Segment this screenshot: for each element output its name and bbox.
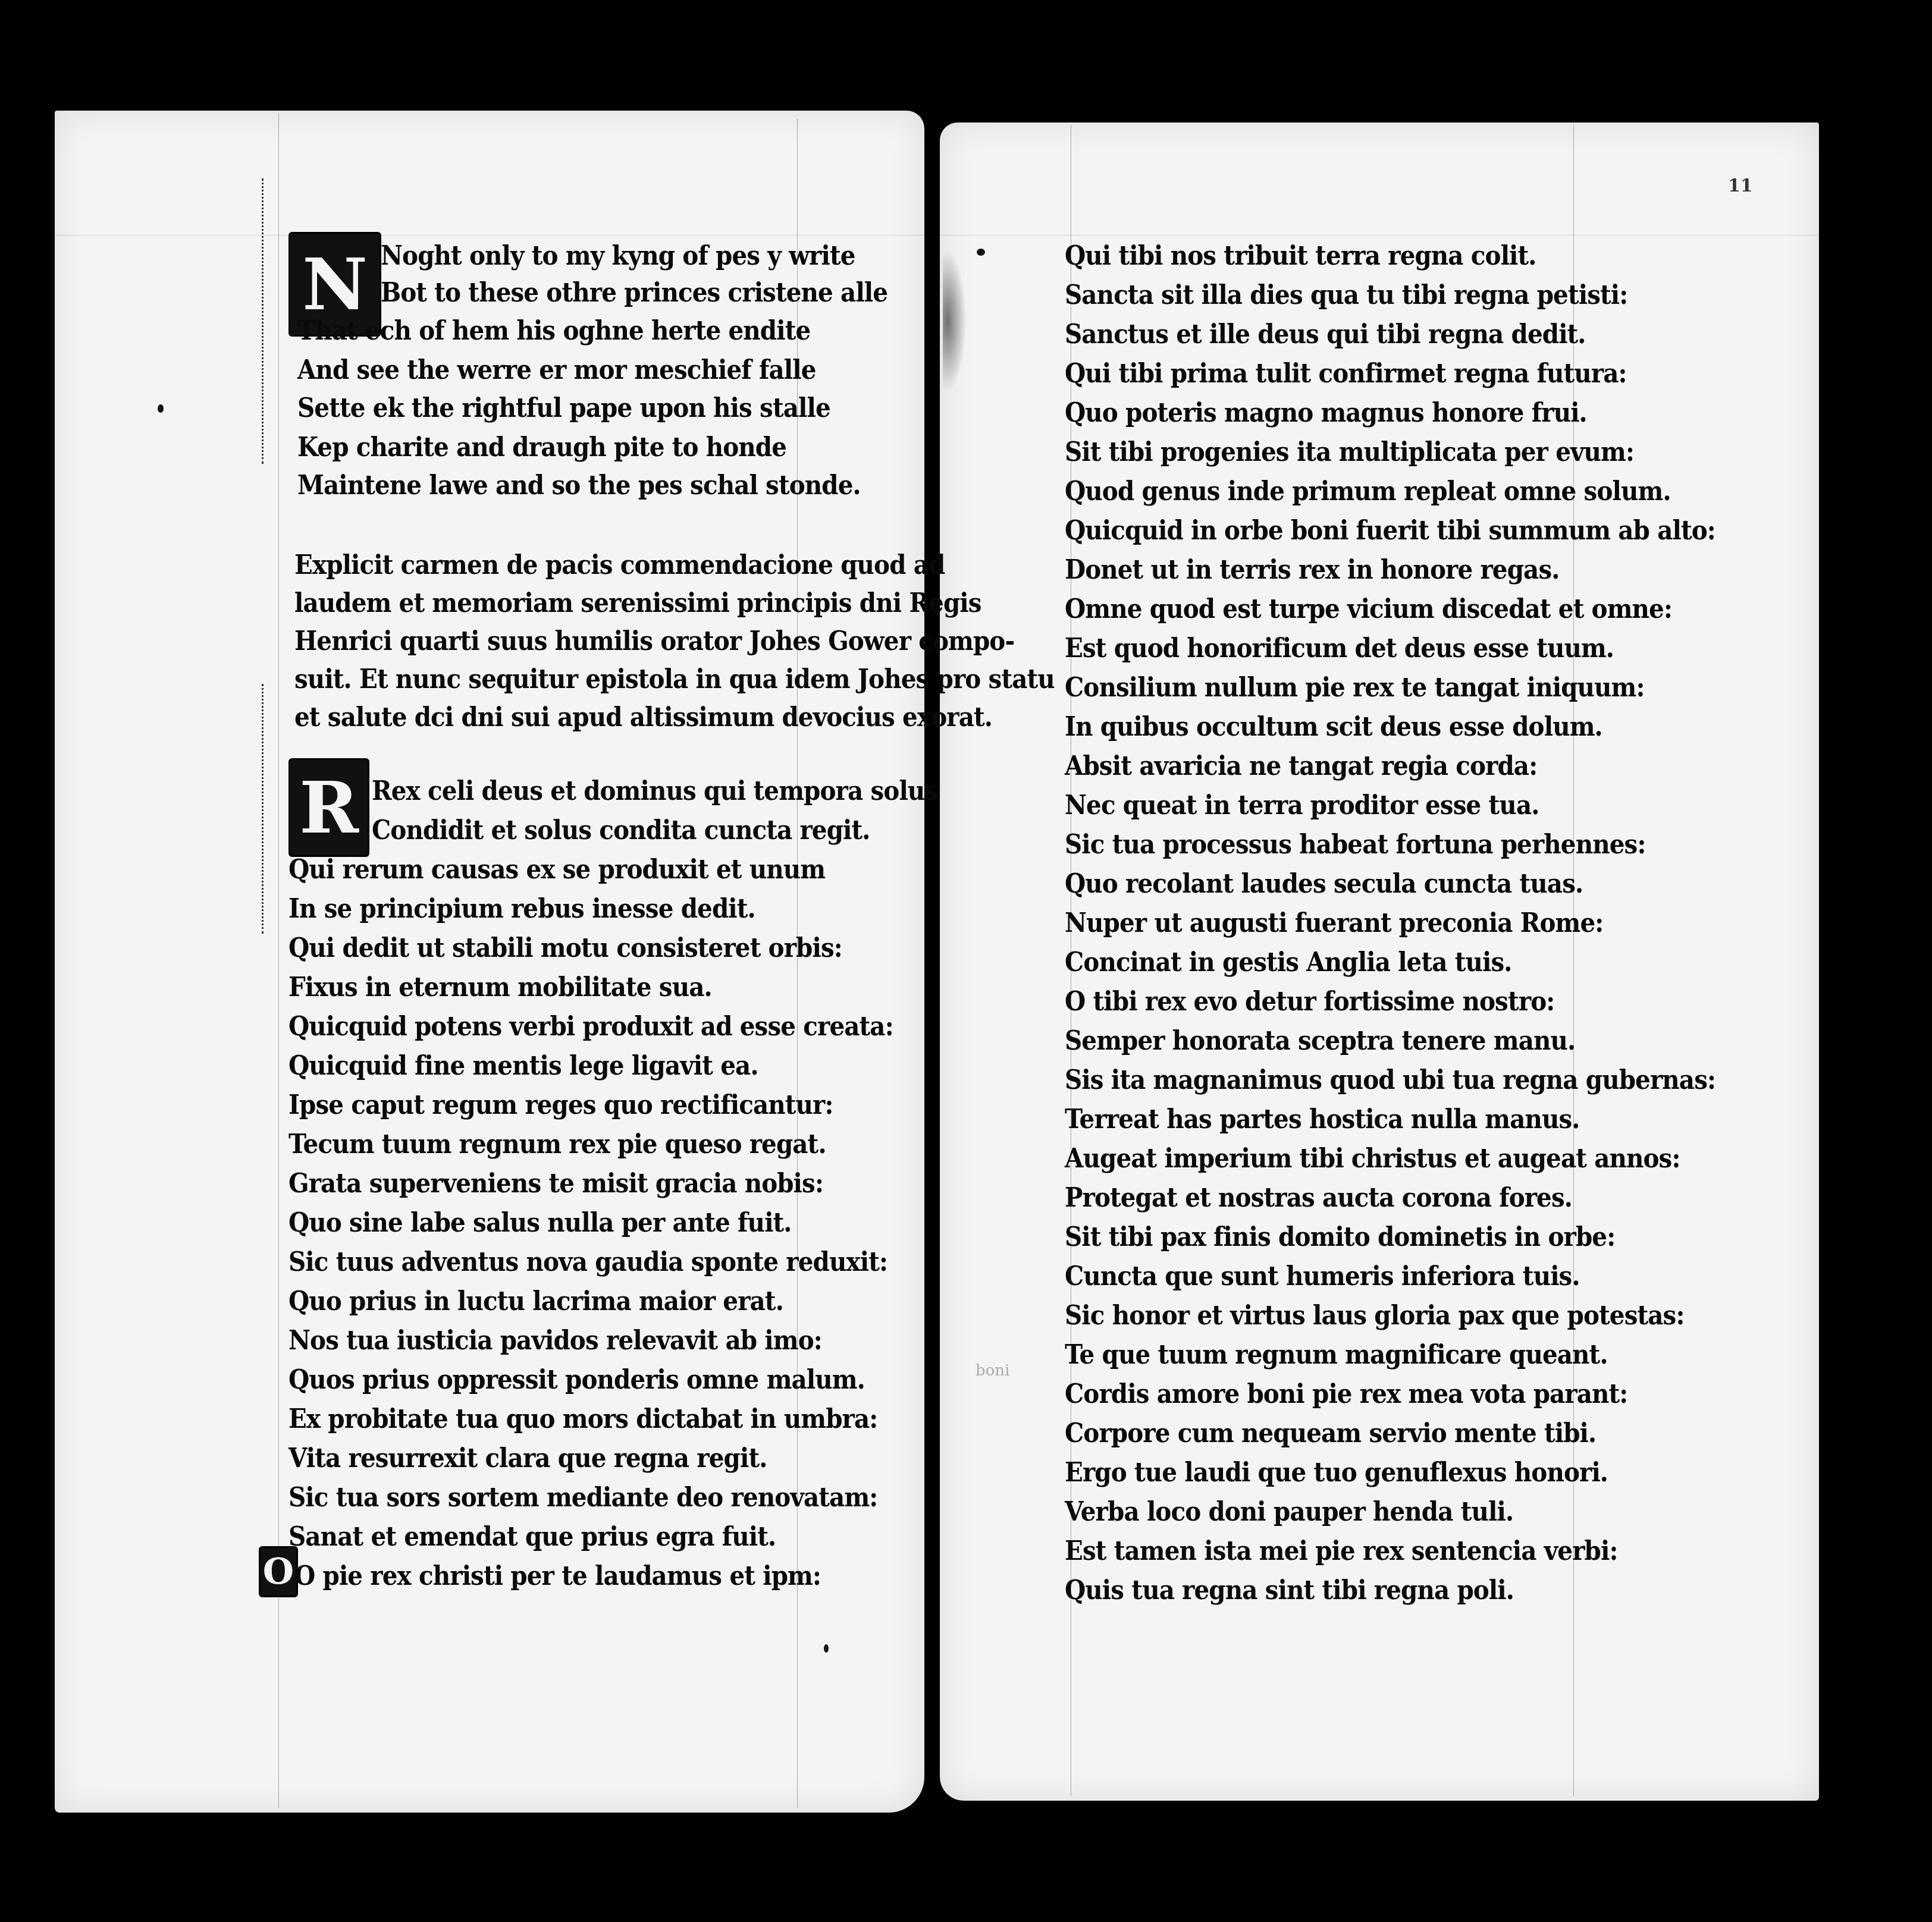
verse-line: Quo prius in luctu lacrima maior erat. <box>288 1286 783 1317</box>
ink-spot <box>158 404 164 413</box>
verse-line: Rex celi deus et dominus qui tempora sol… <box>372 776 937 807</box>
english-stanza: Noght only to my kyng of pes y write Bot… <box>297 241 833 514</box>
verse-line: Omne quod est turpe vicium discedat et o… <box>1065 594 1672 625</box>
verse-line: Quo recolant laudes secula cuncta tuas. <box>1065 869 1583 900</box>
book-gutter <box>926 113 940 1802</box>
verse-line: Fixus in eternum mobilitate sua. <box>288 972 712 1003</box>
verse-line: Corpore cum nequeam servio mente tibi. <box>1065 1418 1596 1449</box>
verse-line: Absit avaricia ne tangat regia corda: <box>1065 751 1537 782</box>
verse-line: Donet ut in terris rex in honore regas. <box>1065 555 1559 586</box>
verse-line: Te que tuum regnum magnificare queant. <box>1065 1340 1608 1371</box>
colophon-line: laudem et memoriam serenissimi principis… <box>294 588 981 619</box>
verse-line: Terreat has partes hostica nulla manus. <box>1065 1104 1580 1135</box>
verse-line: Quicquid in orbe boni fuerit tibi summum… <box>1065 516 1715 547</box>
verse-line: Qui tibi nos tribuit terra regna colit. <box>1065 241 1536 272</box>
verse-line: Est tamen ista mei pie rex sentencia ver… <box>1065 1536 1617 1567</box>
verse-line: Consilium nullum pie rex te tangat iniqu… <box>1065 673 1645 704</box>
verse-line: That ech of hem his oghne herte endite <box>297 316 810 347</box>
verse-line: Quo poteris magno magnus honore frui. <box>1065 398 1587 429</box>
verse-line: Ex probitate tua quo mors dictabat in um… <box>288 1404 877 1435</box>
verse-line: Quicquid potens verbi produxit ad esse c… <box>288 1012 893 1042</box>
verse-line: Sancta sit illa dies qua tu tibi regna p… <box>1065 280 1627 311</box>
colophon: Explicit carmen de pacis commendacione q… <box>294 550 830 746</box>
verse-line: Vita resurrexit clara que regna regit. <box>288 1443 767 1474</box>
verse-line: Condidit et solus condita cuncta regit. <box>372 815 870 846</box>
folio-number: 11 <box>1728 175 1753 196</box>
verse-line: Maintene lawe and so the pes schal stond… <box>297 470 861 501</box>
verse-line: Tecum tuum regnum rex pie queso regat. <box>288 1129 826 1160</box>
verse-line: In se principium rebus inesse dedit. <box>288 894 755 925</box>
verse-line: Sis ita magnanimus quod ubi tua regna gu… <box>1065 1065 1715 1096</box>
latin-epistle-right: Qui tibi nos tribuit terra regna colit. … <box>1065 241 1630 1609</box>
margin-flourish-top <box>262 178 264 464</box>
verse-line: Sit tibi pax finis domito dominetis in o… <box>1065 1222 1615 1253</box>
colophon-line: Henrici quarti suus humilis orator Johes… <box>294 626 1014 657</box>
ink-spot <box>824 1644 829 1653</box>
verse-line: Sette ek the rightful pape upon his stal… <box>297 393 830 424</box>
top-ruling-left <box>55 235 924 235</box>
verse-line: Sanat et emendat que prius egra fuit. <box>288 1522 776 1553</box>
verse-line: And see the werre er mor meschief falle <box>297 355 816 386</box>
verse-line: Sic tua sors sortem mediante deo renovat… <box>288 1483 877 1513</box>
verse-line: O tibi rex evo detur fortissime nostro: <box>1065 987 1554 1017</box>
verse-line: Concinat in gestis Anglia leta tuis. <box>1065 947 1511 978</box>
verse-line: Noght only to my kyng of pes y write <box>381 241 855 272</box>
verse-line: In quibus occultum scit deus esse dolum. <box>1065 712 1602 743</box>
verse-line: Augeat imperium tibi christus et augeat … <box>1065 1144 1680 1174</box>
colophon-line: suit. Et nunc sequitur epistola in qua i… <box>294 664 1055 695</box>
verse-line: Verba loco doni pauper henda tuli. <box>1065 1497 1513 1528</box>
verse-line: Semper honorata sceptra tenere manu. <box>1065 1026 1575 1057</box>
verse-line: Kep charite and draugh pite to honde <box>297 432 786 463</box>
verse-line: Ipse caput regum reges quo rectificantur… <box>288 1090 833 1121</box>
verse-line: Quos prius oppressit ponderis omne malum… <box>288 1365 865 1396</box>
verse-line: Bot to these othre princes cristene alle <box>381 278 887 309</box>
verse-line: Sic tua processus habeat fortuna perhenn… <box>1065 830 1645 860</box>
verse-line: Nec queat in terra proditor esse tua. <box>1065 790 1539 821</box>
verse-line: Grata superveniens te misit gracia nobis… <box>288 1169 823 1199</box>
colophon-line: et salute dci dni sui apud altissimum de… <box>294 702 992 733</box>
verse-line: Nos tua iusticia pavidos relevavit ab im… <box>288 1326 822 1356</box>
verse-line: Protegat et nostras aucta corona fores. <box>1065 1183 1572 1214</box>
verse-line: Sit tibi progenies ita multiplicata per … <box>1065 437 1634 468</box>
latin-epistle-left: Rex celi deus et dominus qui tempora sol… <box>288 776 854 1597</box>
verse-line: Cuncta que sunt humeris inferiora tuis. <box>1065 1261 1580 1292</box>
verse-line: Sic honor et virtus laus gloria pax que … <box>1065 1301 1685 1331</box>
verse-line: Qui tibi prima tulit confirmet regna fut… <box>1065 359 1627 390</box>
verse-line: Qui rerum causas ex se produxit et unum <box>288 855 825 885</box>
verse-line: Nuper ut augusti fuerant preconia Rome: <box>1065 908 1603 939</box>
colophon-line: Explicit carmen de pacis commendacione q… <box>294 550 945 581</box>
verse-line: Sic tuus adventus nova gaudia sponte red… <box>288 1247 887 1278</box>
verse-line: Quis tua regna sint tibi regna poli. <box>1065 1575 1514 1606</box>
margin-flourish-middle <box>262 684 264 934</box>
top-ruling-right <box>940 235 1819 235</box>
ink-spot <box>977 249 985 256</box>
verse-line: Cordis amore boni pie rex mea vota paran… <box>1065 1379 1627 1410</box>
gutter-stain <box>943 250 967 392</box>
verse-line: O pie rex christi per te laudamus et ipm… <box>294 1561 821 1592</box>
margin-note: boni <box>976 1362 1009 1380</box>
verse-line: Est quod honorificum det deus esse tuum. <box>1065 633 1614 664</box>
verse-line: Quod genus inde primum repleat omne solu… <box>1065 476 1671 507</box>
verse-line: Qui dedit ut stabili motu consisteret or… <box>288 933 842 964</box>
verse-line: Sanctus et ille deus qui tibi regna dedi… <box>1065 319 1586 350</box>
verse-line: Ergo tue laudi que tuo genuflexus honori… <box>1065 1458 1608 1488</box>
verse-line: Quicquid fine mentis lege ligavit ea. <box>288 1051 758 1082</box>
verse-line: Quo sine labe salus nulla per ante fuit. <box>288 1208 792 1239</box>
